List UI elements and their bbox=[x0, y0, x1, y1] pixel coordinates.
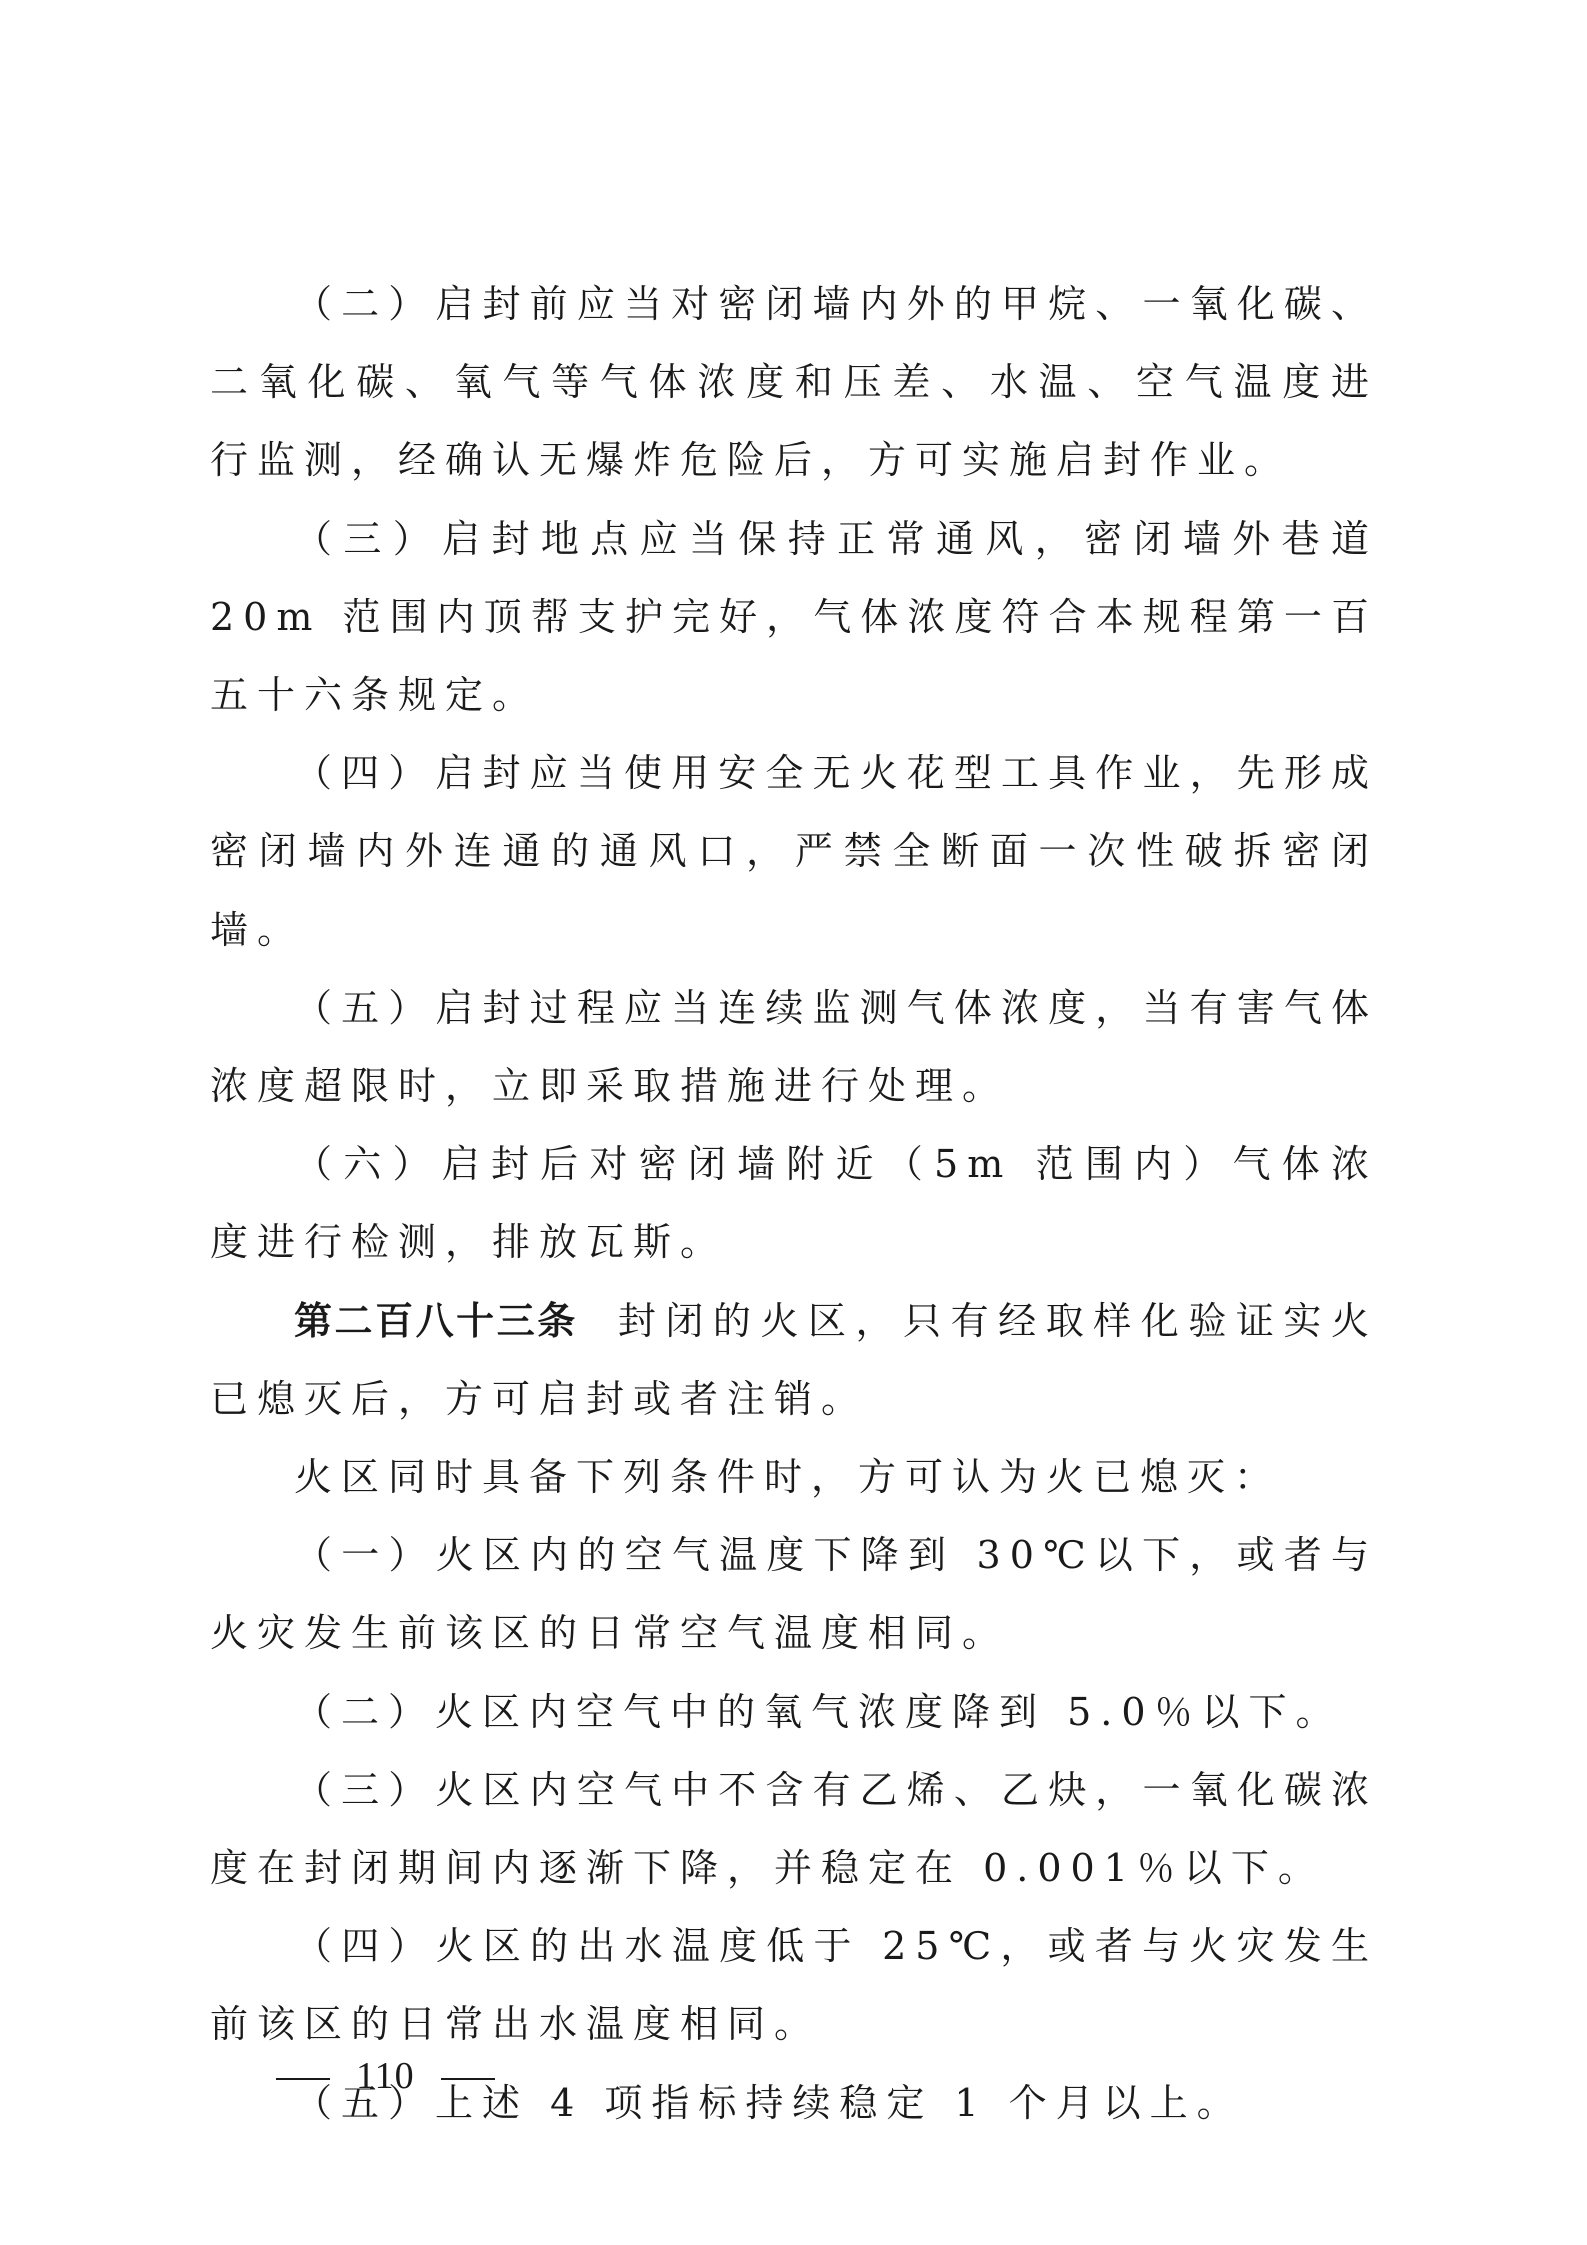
condition-2: （二）火区内空气中的氧气浓度降到 5.0％以下。 bbox=[210, 1673, 1378, 1751]
paragraph-item-5: （五）启封过程应当连续监测气体浓度，当有害气体浓度超限时，立即采取措施进行处理。 bbox=[210, 969, 1378, 1125]
footer-dash-right bbox=[441, 2078, 495, 2080]
footer-dash-left bbox=[276, 2078, 330, 2080]
page-footer: 110 bbox=[238, 1995, 495, 2157]
paragraph-item-2: （二）启封前应当对密闭墙内外的甲烷、一氧化碳、二氧化碳、氧气等气体浓度和压差、水… bbox=[210, 265, 1378, 500]
paragraph-item-3: （三）启封地点应当保持正常通风，密闭墙外巷道 20m 范围内顶帮支护完好，气体浓… bbox=[210, 500, 1378, 735]
conditions-intro: 火区同时具备下列条件时，方可认为火已熄灭： bbox=[210, 1438, 1378, 1516]
condition-3: （三）火区内空气中不含有乙烯、乙炔，一氧化碳浓度在封闭期间内逐渐下降，并稳定在 … bbox=[210, 1751, 1378, 1907]
body-text: （二）启封前应当对密闭墙内外的甲烷、一氧化碳、二氧化碳、氧气等气体浓度和压差、水… bbox=[210, 265, 1378, 2142]
condition-1: （一）火区内的空气温度下降到 30℃以下，或者与火灾发生前该区的日常空气温度相同… bbox=[210, 1516, 1378, 1672]
paragraph-item-4: （四）启封应当使用安全无火花型工具作业，先形成密闭墙内外连通的通风口，严禁全断面… bbox=[210, 734, 1378, 969]
article-paragraph: 第二百八十三条封闭的火区，只有经取样化验证实火已熄灭后，方可启封或者注销。 bbox=[210, 1282, 1378, 1438]
page-number: 110 bbox=[356, 2049, 415, 2103]
document-page: （二）启封前应当对密闭墙内外的甲烷、一氧化碳、二氧化碳、氧气等气体浓度和压差、水… bbox=[0, 0, 1587, 2245]
paragraph-item-6: （六）启封后对密闭墙附近（5m 范围内）气体浓度进行检测，排放瓦斯。 bbox=[210, 1125, 1378, 1281]
article-number: 第二百八十三条 bbox=[294, 1299, 578, 1343]
